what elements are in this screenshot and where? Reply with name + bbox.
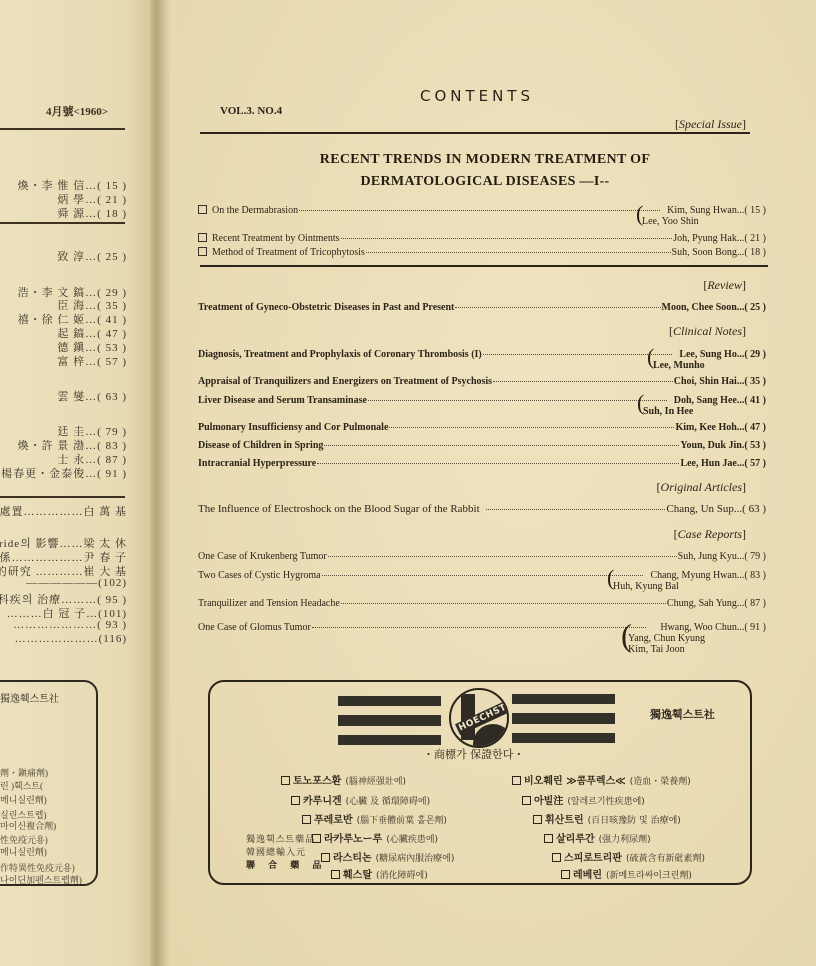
left-ad-line: 메니실린劑) [0,845,47,858]
entry-author: Chang, Myung Hwan... [650,570,744,581]
leader-dots [299,202,660,211]
entry-author: Youn, Duk Jin. [680,440,744,451]
entry-author: Suh, Jung Kyu... [678,551,745,562]
entry-author: Moon, Chee Soon... [662,302,745,313]
left-toc-row: 舜 源…( 18 ) [57,205,127,221]
section-heading-case-reports: [Case Reports] [674,527,746,542]
entry-page: ( 53 ) [744,440,766,451]
leader-dots [455,299,660,308]
toc-entry[interactable]: Tranquilizer and Tension Headache Chung,… [198,597,766,611]
volume-number: VOL.3. NO.4 [220,105,282,117]
entry-title: Tranquilizer and Tension Headache [198,598,340,609]
left-ad-company: 獨逸훽스트社 [0,690,59,705]
leader-dots [317,455,679,464]
logo-bar [512,733,615,743]
entry-coauthor: Lee, Munho [653,360,705,371]
leader-dots [368,392,667,401]
hoechst-logo-icon: HOECHST [449,688,509,748]
entry-author: Lee, Sung Ho... [679,349,744,360]
book-gutter [150,0,172,966]
entry-coauthor: Lee, Yoo Shin [642,216,699,227]
left-issue-label: 4月號<1960> [46,103,108,119]
entry-author: Kim, Kee Hoh... [675,422,744,433]
section-divider [200,265,768,267]
product-item: 라스티논(糖尿病內服治療에) [321,849,454,864]
checkbox-icon [561,870,570,879]
entry-page: ( 79 ) [744,551,766,562]
entry-page: ( 87 ) [744,598,766,609]
leader-dots [328,548,677,557]
entry-title: Pulmonary Insufficiensy and Cor Pulmonal… [198,422,388,433]
entry-title: Recent Treatment by Ointments [212,233,340,244]
left-toc-row: ・楊春更・金泰俊…( 91 ) [0,465,127,481]
entry-page: ( 35 ) [744,376,766,387]
product-item: 스피로트리판(硫黃含有新砒素劑) [552,849,705,864]
entry-title: Intracranial Hyperpressure [198,458,316,469]
toc-entry[interactable]: Intracranial Hyperpressure Lee, Hun Jae.… [198,457,766,471]
entry-title: The Influence of Electroshock on the Blo… [198,503,480,515]
checkbox-icon [552,853,561,862]
product-item: 레베린(新메트라싸이크린劑) [561,866,692,881]
checkbox-icon [198,247,207,256]
entry-title: Disease of Children in Spring [198,440,323,451]
product-item: 아빌注(알레르기性疾患에) [522,792,645,807]
entry-coauthor: Yang, Chun Kyung [628,633,705,644]
logo-bar [338,715,441,726]
toc-entry[interactable]: Two Cases of Cystic Hygroma Chang, Myung… [198,569,766,583]
entry-page: ( 83 ) [744,570,766,581]
entry-page: ( 25 ) [744,302,766,313]
product-item: 비오훼린 ≫콤푸렉스≪(造血・榮養劑) [512,772,691,787]
entry-title: Treatment of Gyneco-Obstetric Diseases i… [198,302,454,313]
special-issue-title-line1: RECENT TRENDS IN MODERN TREATMENT OF [200,152,770,168]
page-title: CONTENTS [420,87,534,105]
entry-page: ( 41 ) [744,395,766,406]
left-ad-line: 나이딘加펜스트렙劑) [0,873,82,886]
left-ad-line: 마이신複合劑) [0,819,56,832]
distributor-line: 韓國總輸入元 [246,845,306,858]
left-toc-row: 致 淳…( 25 ) [57,248,127,264]
product-item: 카루니겐(心臟 及 循環障碍에) [291,792,430,807]
logo-bar [338,696,441,706]
leader-dots [341,230,673,239]
logo-bar [512,713,615,724]
checkbox-icon [331,870,340,879]
checkbox-icon [533,815,542,824]
checkbox-icon [281,776,290,785]
leader-dots [483,346,673,355]
checkbox-icon [512,776,521,785]
checkbox-icon [544,834,553,843]
issue-tag: [Special Issue] [675,117,746,132]
entry-coauthor: Kim, Tai Joon [628,644,685,655]
toc-entry[interactable]: Appraisal of Tranquilizers and Energizer… [198,375,766,389]
leader-dots [486,501,666,510]
logo-bar [338,735,441,745]
entry-title: On the Dermabrasion [212,205,298,216]
entry-page: ( 47 ) [744,422,766,433]
entry-coauthor: Huh, Kyung Bal [613,581,679,592]
entry-author: Hwang, Woo Chun... [660,622,744,633]
left-divider [0,128,125,130]
entry-title: Diagnosis, Treatment and Prophylaxis of … [198,349,482,360]
distributor-line: 聯 合 藥 品 [246,858,326,871]
left-ad-line: 린 )훽스트( [0,779,43,792]
leader-dots [389,419,674,428]
leader-dots [493,373,673,382]
section-heading-original-articles: [Original Articles] [657,480,746,495]
entry-title: Two Cases of Cystic Hygroma [198,570,321,581]
entry-page: ( 29 ) [744,349,766,360]
entry-page: ( 91 ) [744,622,766,633]
product-item: 휘산트린(百日咳豫防 및 治療에) [533,811,681,826]
checkbox-icon [302,815,311,824]
left-toc-row: 富 梓…( 57 ) [57,353,127,369]
left-ad-line: 劑・鎭痛劑) [0,766,48,779]
entry-author: Lee, Hun Jae... [680,458,744,469]
checkbox-icon [198,205,207,214]
product-item: 살리루간(强力利尿劑) [544,830,651,845]
entry-author: Chang, Un Sup... [666,503,742,515]
logo-bar [512,694,615,704]
product-item: 토노포스환(腦神經强壯에) [281,772,406,787]
entry-author: Kim, Sung Hwan... [667,205,744,216]
toc-entry[interactable]: One Case of Krukenberg Tumor Suh, Jung K… [198,550,766,564]
leader-dots [324,437,679,446]
entry-author: Choi, Shin Hai... [674,376,745,387]
left-toc-row: …………………(116) [15,633,127,645]
entry-page: ( 18 ) [744,247,766,258]
header-divider [200,132,750,134]
entry-coauthor: Suh, In Hee [643,406,693,417]
section-heading-clinical-notes: [Clinical Notes] [669,324,746,339]
entry-author: Chung, Sah Yung... [667,598,744,609]
left-toc-row: ——————(102) [26,577,127,589]
entry-title: Liver Disease and Serum Transaminase [198,395,367,406]
toc-entry[interactable]: Pulmonary Insufficiensy and Cor Pulmonal… [198,421,766,435]
leader-dots [322,567,644,576]
checkbox-icon [522,796,531,805]
entry-title: Appraisal of Tranquilizers and Energizer… [198,376,492,387]
product-item: 라카루노ー루(心臟疾患에) [312,830,438,845]
entry-page: ( 21 ) [744,233,766,244]
distributor-line: 獨逸훽스트藥品 [246,832,315,845]
toc-entry[interactable]: Treatment of Gyneco-Obstetric Diseases i… [198,301,766,315]
left-page: 4月號<1960> 煥・李 惟 信…( 15 ) 炳 學…( 21 ) 舜 源…… [0,0,157,966]
ad-company-name: 獨逸훽스트社 [650,706,715,722]
left-toc-row: 病處置……………白 萬 基 [0,503,127,519]
left-divider [0,222,125,224]
leader-dots [341,595,666,604]
leader-dots [312,619,647,628]
ad-slogan: ・商標가 保證한다・ [423,746,524,762]
entry-title: Method of Treatment of Tricophytosis [212,247,365,258]
product-item: 푸레로반(腦下垂體前葉 홀몬劑) [302,811,447,826]
section-heading-review: [Review] [703,278,746,293]
left-toc-row: …………………( 93 ) [13,619,127,631]
entry-author: Suh, Soon Bong... [672,247,745,258]
special-issue-title-line2: DERMATOLOGICAL DISEASES —I-- [200,174,770,190]
left-toc-row: 雲 燮…( 63 ) [57,388,127,404]
left-ad-line: 메니실린劑) [0,793,47,806]
product-item: 훼스탈(消化障碍에) [331,866,428,881]
checkbox-icon [198,233,207,242]
toc-entry[interactable]: Method of Treatment of Tricophytosis Suh… [198,246,766,260]
checkbox-icon [291,796,300,805]
leader-dots [366,244,671,253]
issue-tag-label: Special Issue [679,117,742,131]
toc-entry[interactable]: Disease of Children in Spring Youn, Duk … [198,439,766,453]
entry-title: One Case of Glomus Tumor [198,622,311,633]
entry-author: Doh, Sang Hee... [674,395,745,406]
entry-page: ( 15 ) [744,205,766,216]
toc-entry[interactable]: The Influence of Electroshock on the Blo… [198,503,766,517]
entry-page: ( 63 ) [742,503,766,515]
left-divider [0,496,125,498]
entry-page: ( 57 ) [744,458,766,469]
entry-title: One Case of Krukenberg Tumor [198,551,327,562]
entry-author: Joh, Pyung Hak... [673,233,744,244]
